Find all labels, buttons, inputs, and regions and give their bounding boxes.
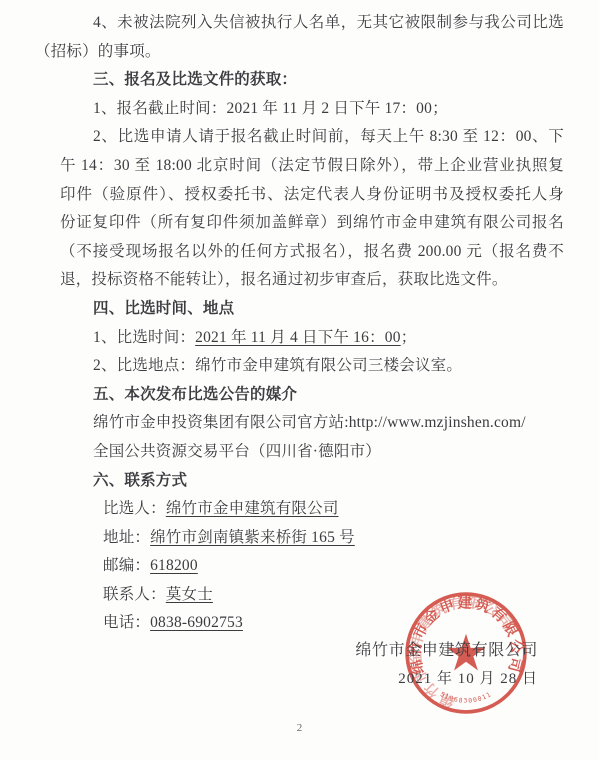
text-segment: 印件（验原件）、授权委托书、法定代表人身份证明书及授权委托人身 xyxy=(60,186,564,203)
underlined-value: 绵竹市剑南镇紫来桥街 165 号 xyxy=(150,529,355,546)
text-segment: 份证复印件（所有复印件须加盖鲜章）到绵竹市金申建筑有限公司报名 xyxy=(60,214,564,231)
text-segment: 绵竹市金申投资集团有限公司官方站:http://www.mzjinshen.co… xyxy=(93,414,526,431)
text-line: 比选人：绵竹市金申建筑有限公司 xyxy=(60,495,564,524)
text-segment: 邮编： xyxy=(103,557,150,574)
text-segment: 地址： xyxy=(103,529,150,546)
text-line: 2、比选地点：绵竹市金申建筑有限公司三楼会议室。 xyxy=(60,352,564,381)
text-segment: （不接受现场报名以外的任何方式报名），报名费 200.00 元（报名费不 xyxy=(60,243,564,260)
signature-block: 绵竹市金申建筑有限公司 2021 年 10 月 28 日 xyxy=(355,637,538,693)
page-number: 2 xyxy=(0,722,599,734)
text-segment: 三、报名及比选文件的获取： xyxy=(93,71,297,88)
text-segment: 五、本次发布比选公告的媒介 xyxy=(93,386,297,403)
text-line: 4、未被法院列入失信被执行人名单，无其它被限制参与我公司比选 xyxy=(60,9,564,38)
document-page: 4、未被法院列入失信被执行人名单，无其它被限制参与我公司比选（招标）的事项。三、… xyxy=(0,0,599,760)
heading-line: 四、比选时间、地点 xyxy=(60,295,564,324)
text-segment: 退，投标资格不能转让），报名通过初步审查后，获取比选文件。 xyxy=(60,271,508,288)
underlined-value: 2021 年 11 月 4 日下午 16：00 xyxy=(195,329,401,346)
text-line: 全国公共资源交易平台（四川省·德阳市） xyxy=(60,438,564,467)
text-segment: 1、比选时间： xyxy=(93,329,195,346)
text-line: 午 14：30 至 18:00 北京时间（法定节假日除外），带上企业营业执照复 xyxy=(60,152,564,181)
text-line: （不接受现场报名以外的任何方式报名），报名费 200.00 元（报名费不 xyxy=(60,238,564,267)
underlined-value: 莫女士 xyxy=(166,586,213,603)
heading-line: 六、联系方式 xyxy=(60,467,564,496)
document-body: 4、未被法院列入失信被执行人名单，无其它被限制参与我公司比选（招标）的事项。三、… xyxy=(60,9,564,638)
signature-company: 绵竹市金申建筑有限公司 xyxy=(355,637,538,665)
heading-line: 五、本次发布比选公告的媒介 xyxy=(60,381,564,410)
text-segment: （招标）的事项。 xyxy=(35,43,161,60)
underlined-value: 618200 xyxy=(150,557,198,574)
text-line: 1、比选时间：2021 年 11 月 4 日下午 16：00； xyxy=(60,324,564,353)
text-segment: 六、联系方式 xyxy=(93,472,187,489)
text-line: 份证复印件（所有复印件须加盖鲜章）到绵竹市金申建筑有限公司报名 xyxy=(60,209,564,238)
text-segment: 电话： xyxy=(103,614,150,631)
text-segment: 午 14：30 至 18:00 北京时间（法定节假日除外），带上企业营业执照复 xyxy=(60,157,564,174)
heading-line: 三、报名及比选文件的获取： xyxy=(60,66,564,95)
text-segment: 四、比选时间、地点 xyxy=(93,300,234,317)
text-line: 邮编：618200 xyxy=(60,552,564,581)
text-segment: 比选人： xyxy=(103,500,166,517)
underlined-value: 绵竹市金申建筑有限公司 xyxy=(166,500,339,517)
text-segment: 2、比选申请人请于报名截止时间前，每天上午 8:30 至 12：00、下 xyxy=(93,128,564,145)
text-segment: 全国公共资源交易平台（四川省·德阳市） xyxy=(93,443,381,460)
text-line: 1、报名截止时间：2021 年 11 月 2 日下午 17：00； xyxy=(60,95,564,124)
text-segment: 4、未被法院列入失信被执行人名单，无其它被限制参与我公司比选 xyxy=(93,14,564,31)
text-segment: 2、比选地点：绵竹市金申建筑有限公司三楼会议室。 xyxy=(93,357,462,374)
text-segment: ； xyxy=(401,329,417,346)
text-line: 绵竹市金申投资集团有限公司官方站:http://www.mzjinshen.co… xyxy=(60,409,564,438)
text-line: 印件（验原件）、授权委托书、法定代表人身份证明书及授权委托人身 xyxy=(60,181,564,210)
text-line: （招标）的事项。 xyxy=(35,38,564,67)
text-segment: 1、报名截止时间：2021 年 11 月 2 日下午 17：00； xyxy=(93,100,448,117)
text-segment: 联系人： xyxy=(103,586,166,603)
text-line: 地址：绵竹市剑南镇紫来桥街 165 号 xyxy=(60,524,564,553)
underlined-value: 0838-6902753 xyxy=(150,614,243,631)
text-line: 2、比选申请人请于报名截止时间前，每天上午 8:30 至 12：00、下 xyxy=(60,123,564,152)
text-line: 退，投标资格不能转让），报名通过初步审查后，获取比选文件。 xyxy=(60,266,564,295)
signature-date: 2021 年 10 月 28 日 xyxy=(355,665,538,693)
